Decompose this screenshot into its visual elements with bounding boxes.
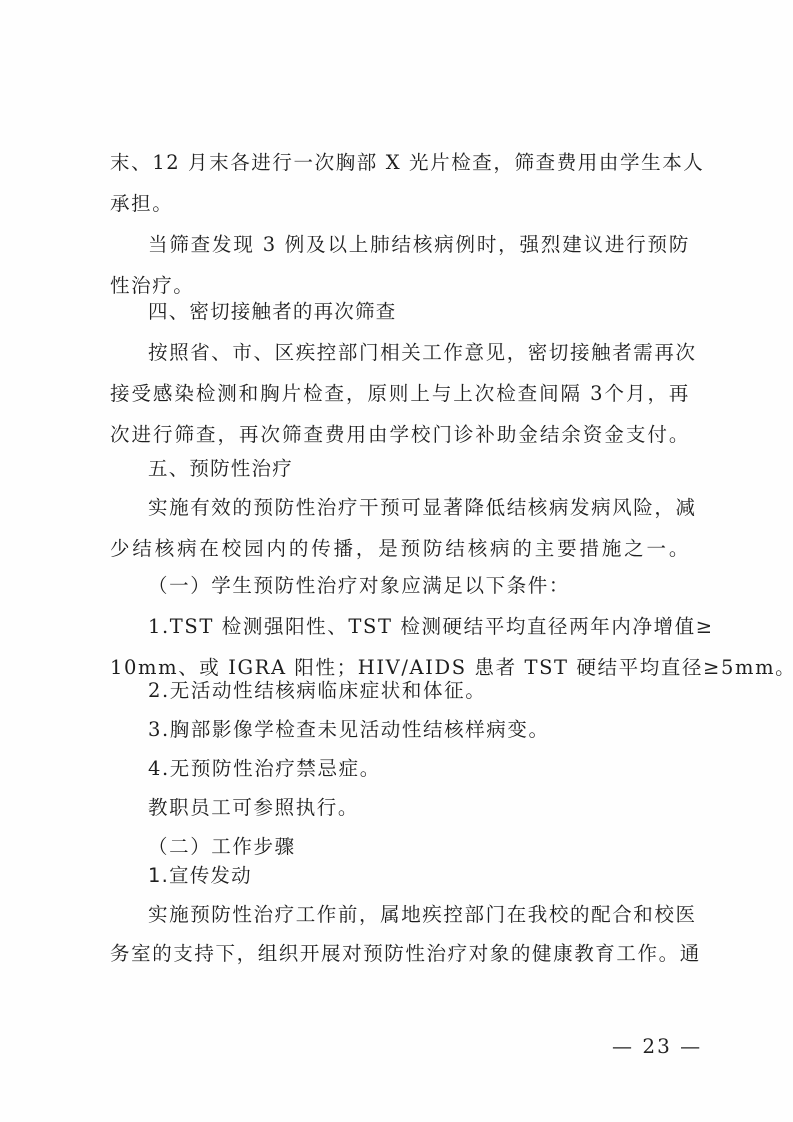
- document-page: 末、12 月末各进行一次胸部 X 光片检查，筛查费用由学生本人 承担。 当筛查发…: [0, 0, 793, 1122]
- text-line: 务室的支持下，组织开展对预防性治疗对象的健康教育工作。通: [110, 941, 690, 967]
- text-line: 少结核病在校园内的传播，是预防结核病的主要措施之一。: [110, 536, 690, 562]
- text-line: 当筛查发现 3 例及以上肺结核病例时，强烈建议进行预防: [148, 232, 690, 258]
- text-line: 性治疗。: [110, 273, 690, 299]
- text-line: 按照省、市、区疾控部门相关工作意见，密切接触者需再次: [148, 340, 690, 366]
- text-line: 实施预防性治疗工作前，属地疾控部门在我校的配合和校医: [148, 902, 690, 928]
- list-item: 2.无活动性结核病临床症状和体征。: [148, 678, 690, 704]
- page-number: — 23 —: [612, 1034, 702, 1058]
- list-item: 4.无预防性治疗禁忌症。: [148, 756, 690, 782]
- list-item: 3.胸部影像学检查未见活动性结核样病变。: [148, 717, 690, 743]
- step-heading: 1.宣传发动: [148, 863, 690, 889]
- section-heading: 四、密切接触者的再次筛查: [148, 299, 690, 325]
- list-item: 1.TST 检测强阳性、TST 检测硬结平均直径两年内净增值≥: [148, 614, 690, 640]
- text-line: 实施有效的预防性治疗干预可显著降低结核病发病风险，减: [148, 495, 690, 521]
- section-heading: 五、预防性治疗: [148, 456, 690, 482]
- text-line: 承担。: [110, 191, 690, 217]
- subsection-heading: （一）学生预防性治疗对象应满足以下条件：: [148, 573, 690, 599]
- subsection-heading: （二）工作步骤: [148, 834, 690, 860]
- text-line: 末、12 月末各进行一次胸部 X 光片检查，筛查费用由学生本人: [110, 150, 690, 176]
- text-line: 教职员工可参照执行。: [148, 795, 690, 821]
- text-line: 次进行筛查，再次筛查费用由学校门诊补助金结余资金支付。: [110, 422, 690, 448]
- text-line: 接受感染检测和胸片检查，原则上与上次检查间隔 3个月，再: [110, 381, 690, 407]
